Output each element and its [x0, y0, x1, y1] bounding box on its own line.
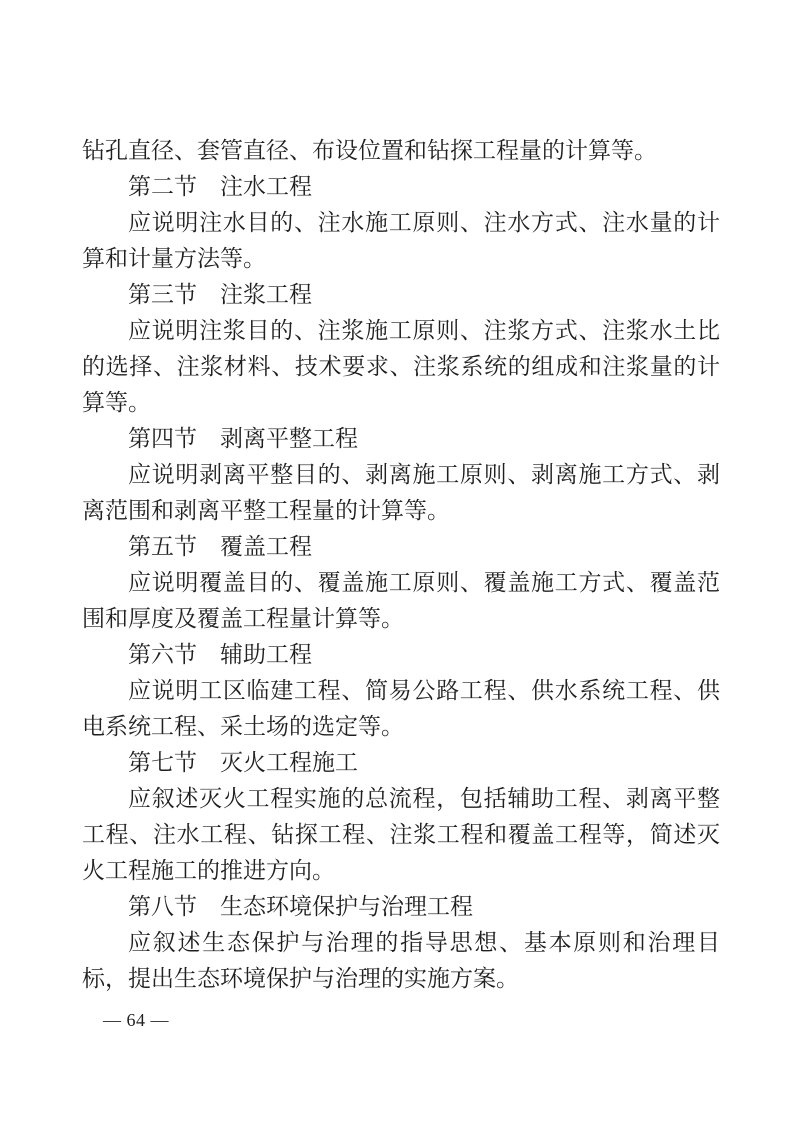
- paragraph: 应说明覆盖目的、覆盖施工原则、覆盖施工方式、覆盖范围和厚度及覆盖工程量计算等。: [82, 565, 720, 637]
- paragraph: 应说明工区临建工程、简易公路工程、供水系统工程、供电系统工程、采土场的选定等。: [82, 673, 720, 745]
- paragraph: 应叙述灭火工程实施的总流程，包括辅助工程、剥离平整工程、注水工程、钻探工程、注浆…: [82, 781, 720, 889]
- section-heading-8: 第八节 生态环境保护与治理工程: [82, 889, 720, 925]
- section-heading-6: 第六节 辅助工程: [82, 637, 720, 673]
- page-body-text: 钻孔直径、套管直径、布设位置和钻探工程量的计算等。 第二节 注水工程 应说明注水…: [82, 133, 720, 997]
- section-heading-5: 第五节 覆盖工程: [82, 529, 720, 565]
- section-heading-3: 第三节 注浆工程: [82, 277, 720, 313]
- paragraph-continuation: 钻孔直径、套管直径、布设位置和钻探工程量的计算等。: [82, 133, 720, 169]
- section-heading-7: 第七节 灭火工程施工: [82, 745, 720, 781]
- paragraph: 应说明注水目的、注水施工原则、注水方式、注水量的计算和计量方法等。: [82, 205, 720, 277]
- section-heading-4: 第四节 剥离平整工程: [82, 421, 720, 457]
- paragraph: 应说明剥离平整目的、剥离施工原则、剥离施工方式、剥离范围和剥离平整工程量的计算等…: [82, 457, 720, 529]
- section-heading-2: 第二节 注水工程: [82, 169, 720, 205]
- document-page: 钻孔直径、套管直径、布设位置和钻探工程量的计算等。 第二节 注水工程 应说明注水…: [0, 0, 793, 1122]
- paragraph: 应叙述生态保护与治理的指导思想、基本原则和治理目标，提出生态环境保护与治理的实施…: [82, 925, 720, 997]
- paragraph: 应说明注浆目的、注浆施工原则、注浆方式、注浆水土比的选择、注浆材料、技术要求、注…: [82, 313, 720, 421]
- page-number: — 64 —: [103, 1008, 169, 1032]
